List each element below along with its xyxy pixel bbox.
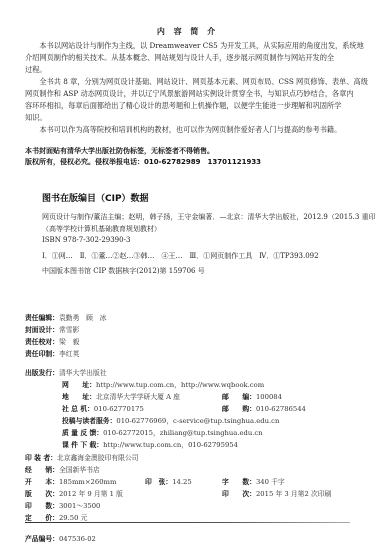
- cip-title: 图书在版编目（CIP）数据: [42, 191, 149, 204]
- impression-label: 印 次：: [222, 490, 256, 498]
- cip-record-number: 中国版本图书馆 CIP 数据核字(2012)第 159706 号: [42, 266, 205, 276]
- impression-row: 印 次：2015 年 3 月第2 次印刷: [222, 481, 331, 500]
- publisher-label: 出版发行：: [25, 369, 59, 377]
- sheets-value: 14.25: [172, 478, 191, 486]
- product-code-row: 产品编号：047536-02: [25, 526, 96, 545]
- price-label: 定 价：: [25, 514, 59, 522]
- product-code-label: 产品编号：: [25, 535, 59, 543]
- sheets-label: 印 张：: [145, 478, 172, 486]
- credit-row: 责任印制：李红英: [25, 341, 79, 360]
- divider: [25, 522, 350, 523]
- summary-line: 知识。: [25, 112, 47, 124]
- summary-line: 本书可以作为高等院校和培训机构的教材，也可以作为网页制作爱好者人门与提高的参考书…: [25, 124, 341, 136]
- cip-series-line: （高等学校计算机基础教育规划教材）: [42, 224, 161, 234]
- piracy-report-notice: 版权所有，侵权必究。侵权举报电话：010-62782989 1370112193…: [25, 157, 261, 167]
- price-value: 29.50 元: [59, 514, 87, 522]
- summary-title: 内 容 简 介: [0, 26, 375, 37]
- product-code-value: 047536-02: [59, 535, 96, 543]
- summary-line: 介绍网页制作的相关技术。从基本概念、网站规划与设计人手，逐步展示网页制作与网站开…: [25, 52, 334, 64]
- anti-counterfeit-notice: 本书封面贴有清华大学出版社防伪标签，无标签者不得销售。: [25, 146, 214, 156]
- summary-line: 本书以网站设计与制作为主线，以 Dreamweaver CS5 为开发工具，从实…: [25, 40, 364, 52]
- cip-classification: Ⅰ．①网… Ⅱ．①董…②赵…③韩… ④王… Ⅲ．①网页制作工具 Ⅳ．①TP393…: [42, 251, 319, 261]
- cip-isbn: ISBN 978-7-302-29390-3: [42, 236, 130, 244]
- summary-line: 全书共 8 章，分别为网页设计基础、网站设计、网页基本元素、网页布局、CSS 网…: [25, 76, 368, 88]
- credit-label: 责任印制：: [25, 350, 59, 358]
- summary-line: 网页制作和 ASP 动态网页设计，并以辽宁风景旅游网站实例设计贯穿全书，与知识点…: [25, 88, 354, 100]
- impression-value: 2015 年 3 月第2 次印刷: [256, 490, 331, 498]
- sheets-row: 印 张：14.25: [145, 469, 192, 488]
- credit-value: 李红英: [59, 350, 79, 358]
- summary-line: 容环环相扣，每章后面都给出了精心设计的思考题和上机操作题，以便学生能进一步理解和…: [25, 100, 341, 112]
- summary-line: 过程。: [25, 64, 47, 76]
- cip-bibliographic-line: 网页设计与制作/董洁主编；赵明，韩子扬，王守金编著．—北京：清华大学出版社，20…: [42, 212, 375, 222]
